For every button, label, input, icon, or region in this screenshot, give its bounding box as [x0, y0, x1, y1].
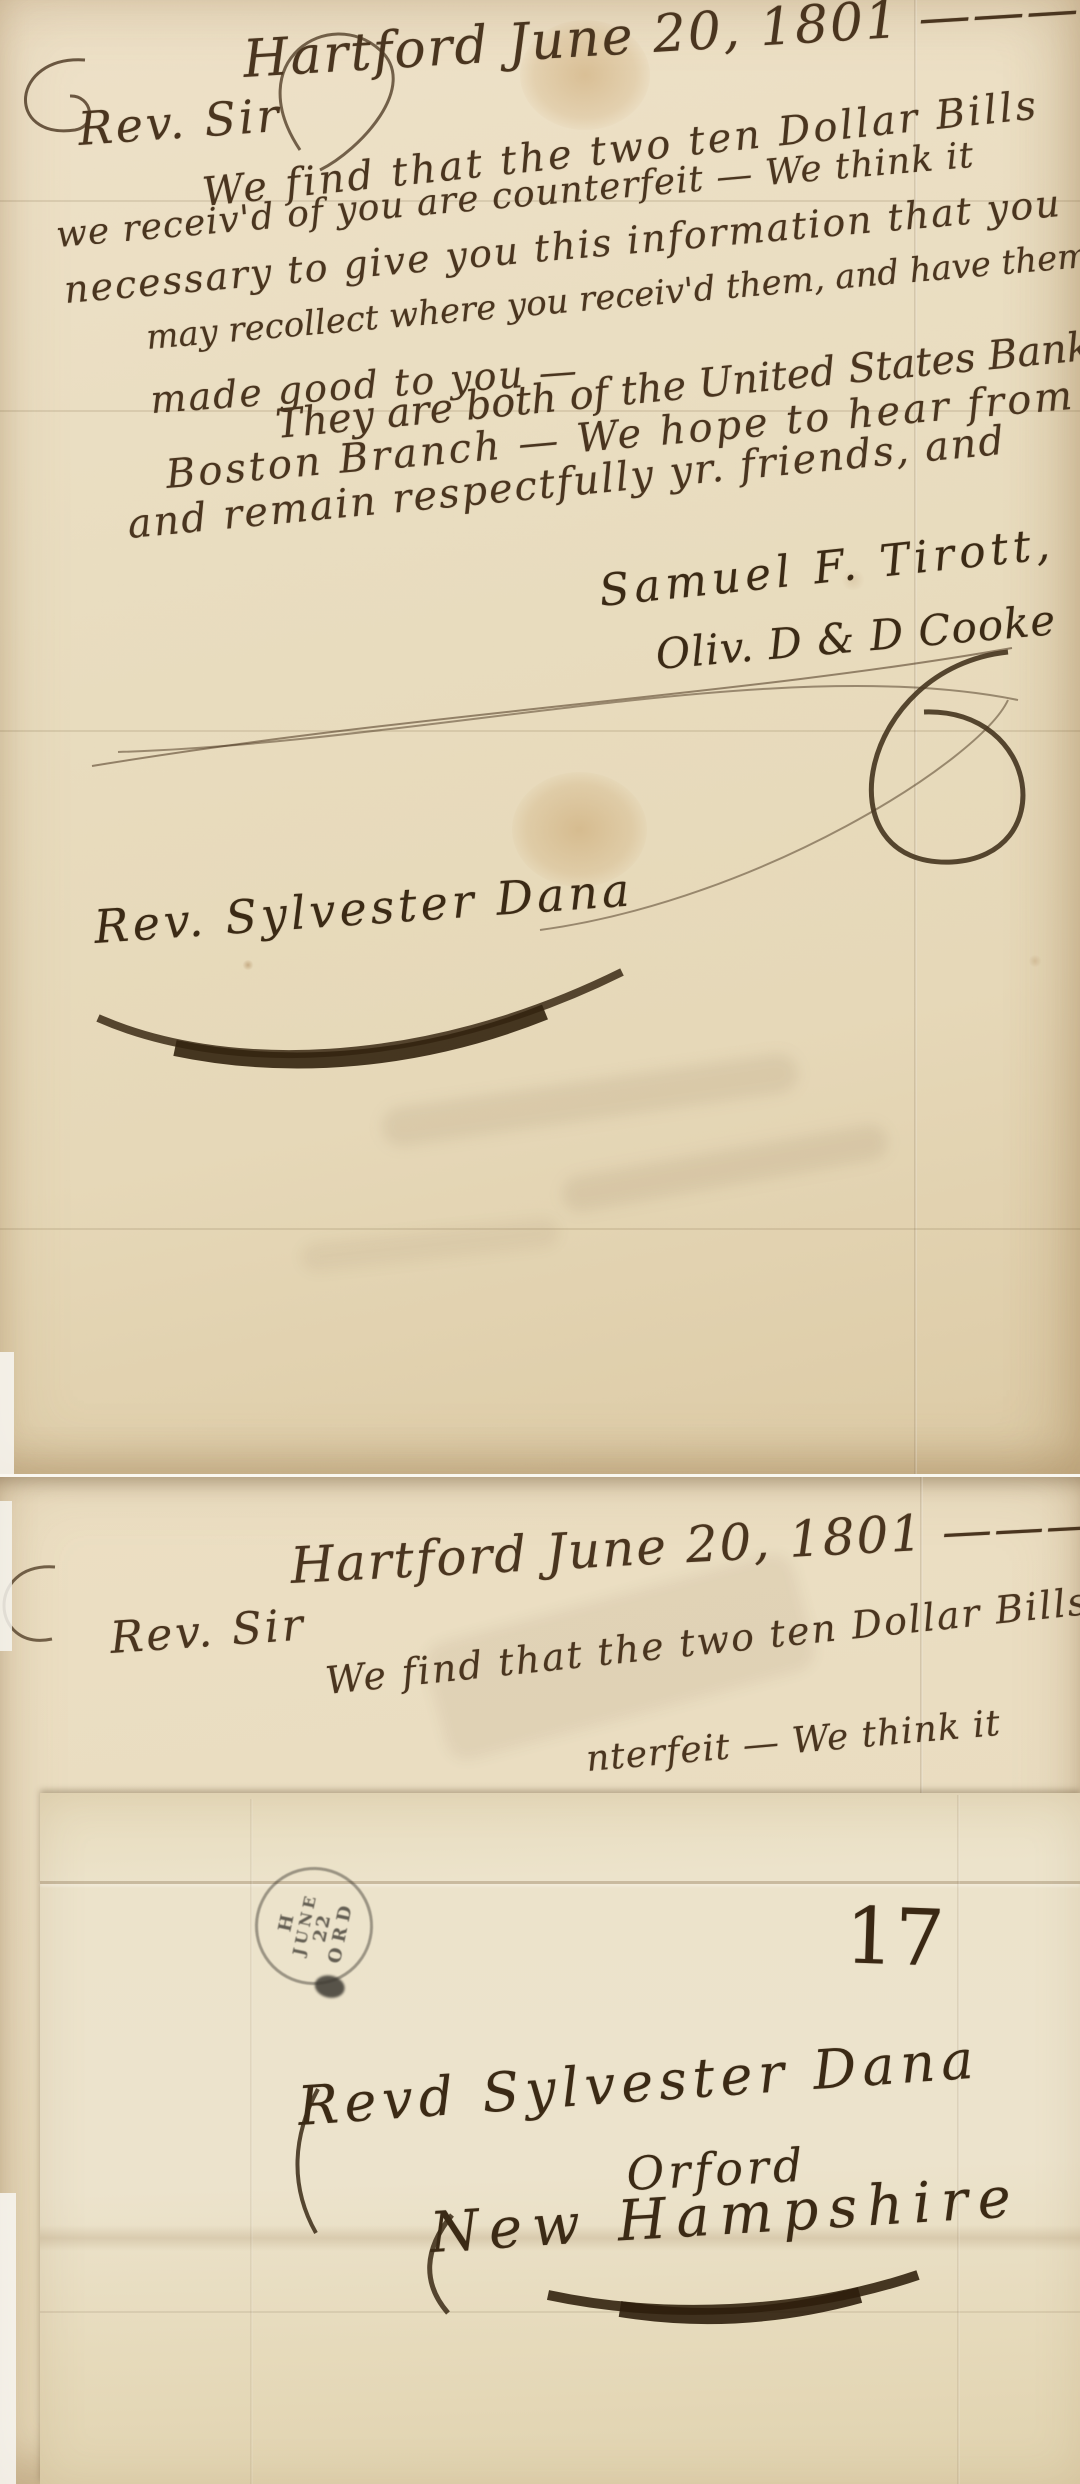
vertical-fold-crease [957, 1795, 960, 2484]
horizontal-fold-crease [0, 730, 1080, 732]
horizontal-fold-crease [40, 2311, 1080, 2313]
vertical-fold-crease [250, 1799, 253, 2484]
circular-postmark: H JUNE 22 ORD [244, 1856, 384, 1996]
salutation-text: Rev. Sir [76, 88, 283, 156]
postal-rate-marking: 17 [843, 1891, 945, 1984]
ink-bleedthrough [559, 1122, 890, 1215]
scan-background-sliver [0, 2193, 16, 2484]
dateline-text: Hartford June 20, 1801 ——— [241, 0, 1080, 90]
signature-text: Oliv. D & D Cooke [654, 595, 1058, 679]
scan-background-sliver [0, 1501, 12, 1651]
postmark-ring: H JUNE 22 ORD [244, 1856, 384, 1996]
letter-photo-1: Hartford June 20, 1801 ——— Rev. Sir We f… [0, 0, 1080, 1477]
document-scan: Hartford June 20, 1801 ——— Rev. Sir We f… [0, 0, 1080, 2484]
ink-bleedthrough [379, 1051, 800, 1149]
address-panel: H JUNE 22 ORD 17 Revd Sylvester Dana Orf… [40, 1793, 1080, 2484]
salutation-text: Rev. Sir [108, 1599, 307, 1664]
left-margin-flourish [0, 1477, 120, 1697]
ink-bleedthrough [299, 1216, 561, 1273]
addressee-note-text: Rev. Sylvester Dana [92, 862, 635, 954]
scan-background-sliver [0, 1352, 14, 1474]
foxing-spot [1028, 955, 1042, 967]
body-line-fragment: nterfeit — We think it [584, 1703, 1002, 1780]
postmark-town-fragment: ORD [325, 1898, 356, 1965]
foxing-spot [242, 960, 254, 970]
flap-torn-edge [40, 1881, 1080, 1884]
letter-photo-2: Hartford June 20, 1801 ——— Rev. Sir We f… [0, 1477, 1080, 2484]
address-line-name: Revd Sylvester Dana [296, 2028, 982, 2138]
